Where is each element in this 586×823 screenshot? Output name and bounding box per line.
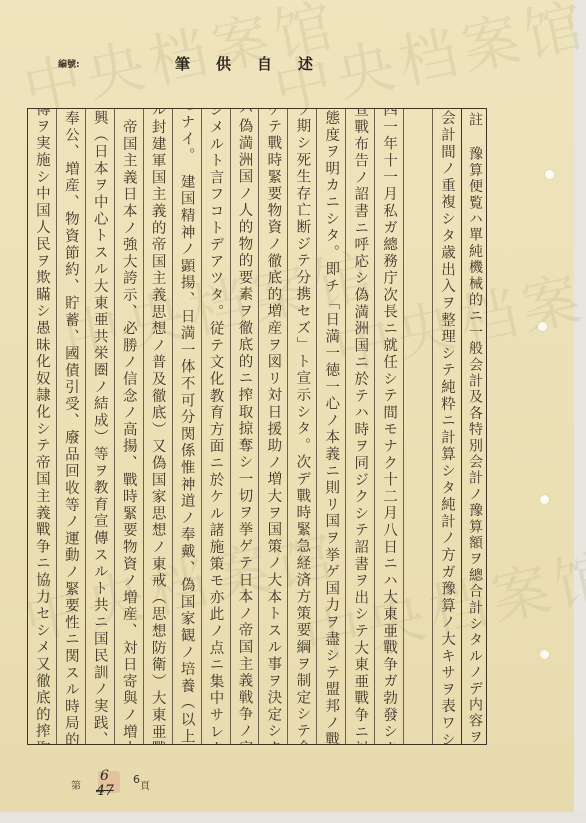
text-column: 奉仕セシメルト言フコトデアツタ。従テ文化教育方面ニ於ケル諸施策モ亦此ノ点ニ集中サ…: [201, 109, 230, 744]
page-unit-label: 頁: [140, 777, 150, 792]
background-edge: [574, 0, 586, 823]
document-title: 筆供自述: [175, 53, 339, 74]
document-header: 編號: 筆供自述: [0, 53, 574, 73]
printed-page-number: 6: [133, 773, 140, 786]
text-column: 満洲国ノ態度ヲ明カニシタ。即チ「日満一徳一心ノ本義ニ則リ国ヲ挙ゲ国力ヲ盡シテ盟邦…: [316, 109, 345, 744]
text-column: ソレハ偽満洲国ノ人的物的要素ヲ徹底的ニ搾取掠奪シ一切ヲ挙ゲテ日本ノ帝国主義戦争ノ…: [230, 109, 259, 744]
text-column: 完遂ヲ期シ死生存亡断ジテ分携セズ」ト宣示シタ。次デ戰時緊急経済方策要綱ヲ制定シテ…: [287, 109, 316, 744]
text-column: 挙ゲテ戰時緊要物資ノ徹底的増産ヲ図リ対日援助ノ増大ヲ国策ノ大本トスル事ヲ決定シタ…: [258, 109, 287, 744]
text-column: 宣傳ヲ実施シ中国人民ヲ欺瞞シ愚昧化奴隷化シテ帝国主義戰争ニ協力セシメ又徹底的搾取…: [28, 109, 56, 744]
footnote-column: 註 豫算便覧ハ單純機械的ニ一般会計及各特別会計ノ豫算額ヲ總合計シタルノデ内容ヲ正…: [462, 112, 488, 742]
text-column: [403, 109, 432, 744]
manuscript-grid: 従テ各会計間ノ重複シタ歳出入ヲ整理シテ純粋ニ計算シタ純計ノ方ガ豫算ノ大キサヲ表ワ…: [27, 108, 462, 745]
punch-hole: [540, 650, 549, 659]
page-label: 第: [71, 777, 81, 792]
text-column: 五 一九四一年十一月私ガ總務庁次長ニ就任シテ間モナク十二月八日ニハ大東亜戰争ガ勃…: [374, 109, 403, 744]
text-column: 日本ノ宣戰布告ノ詔書ニ呼応シ偽満洲国ニ於テハ時ヲ同ジクシテ詔書ヲ出シテ大東亜戰争…: [345, 109, 374, 744]
serial-number-label: 編號:: [58, 57, 80, 70]
text-column: 心トスル封建軍国主義的帝国主義思想ノ普及徹底）又偽国家思想ノ東戒（思想防衛）大東…: [143, 109, 172, 744]
text-column: 精神ノ作興（日本ヲ中心トスル大東亜共栄圏ノ結成）等ヲ教育宣傳スルト共ニ国民訓ノ実…: [85, 109, 114, 744]
text-column: 職域奉公、増産、物資節約、貯蓄、國債引受、廢品回收等ノ運動ノ緊要性ニ関スル時局的…: [56, 109, 85, 744]
page-footer: 第 6 47 6 頁: [0, 777, 574, 817]
punch-hole: [545, 170, 554, 179]
text-column: 従テ各会計間ノ重複シタ歳出入ヲ整理シテ純粋ニ計算シタ純計ノ方ガ豫算ノ大キサヲ表ワ…: [432, 109, 461, 744]
punch-hole: [538, 322, 547, 331]
text-column: 言フ迄モナイ。 建国精神ノ顕揚、日満一体不可分関係惟神道ノ奉戴、偽国家観ノ培養（…: [172, 109, 201, 744]
handwritten-page-number: 6: [100, 769, 109, 783]
text-column: 遂完勝、帝国主義日本ノ強大誇示、必勝ノ信念ノ高揚、戰時緊要物資ノ増産、対日寄與ノ…: [114, 109, 143, 744]
struck-page-number: 47: [96, 783, 114, 799]
punch-hole: [540, 495, 549, 504]
